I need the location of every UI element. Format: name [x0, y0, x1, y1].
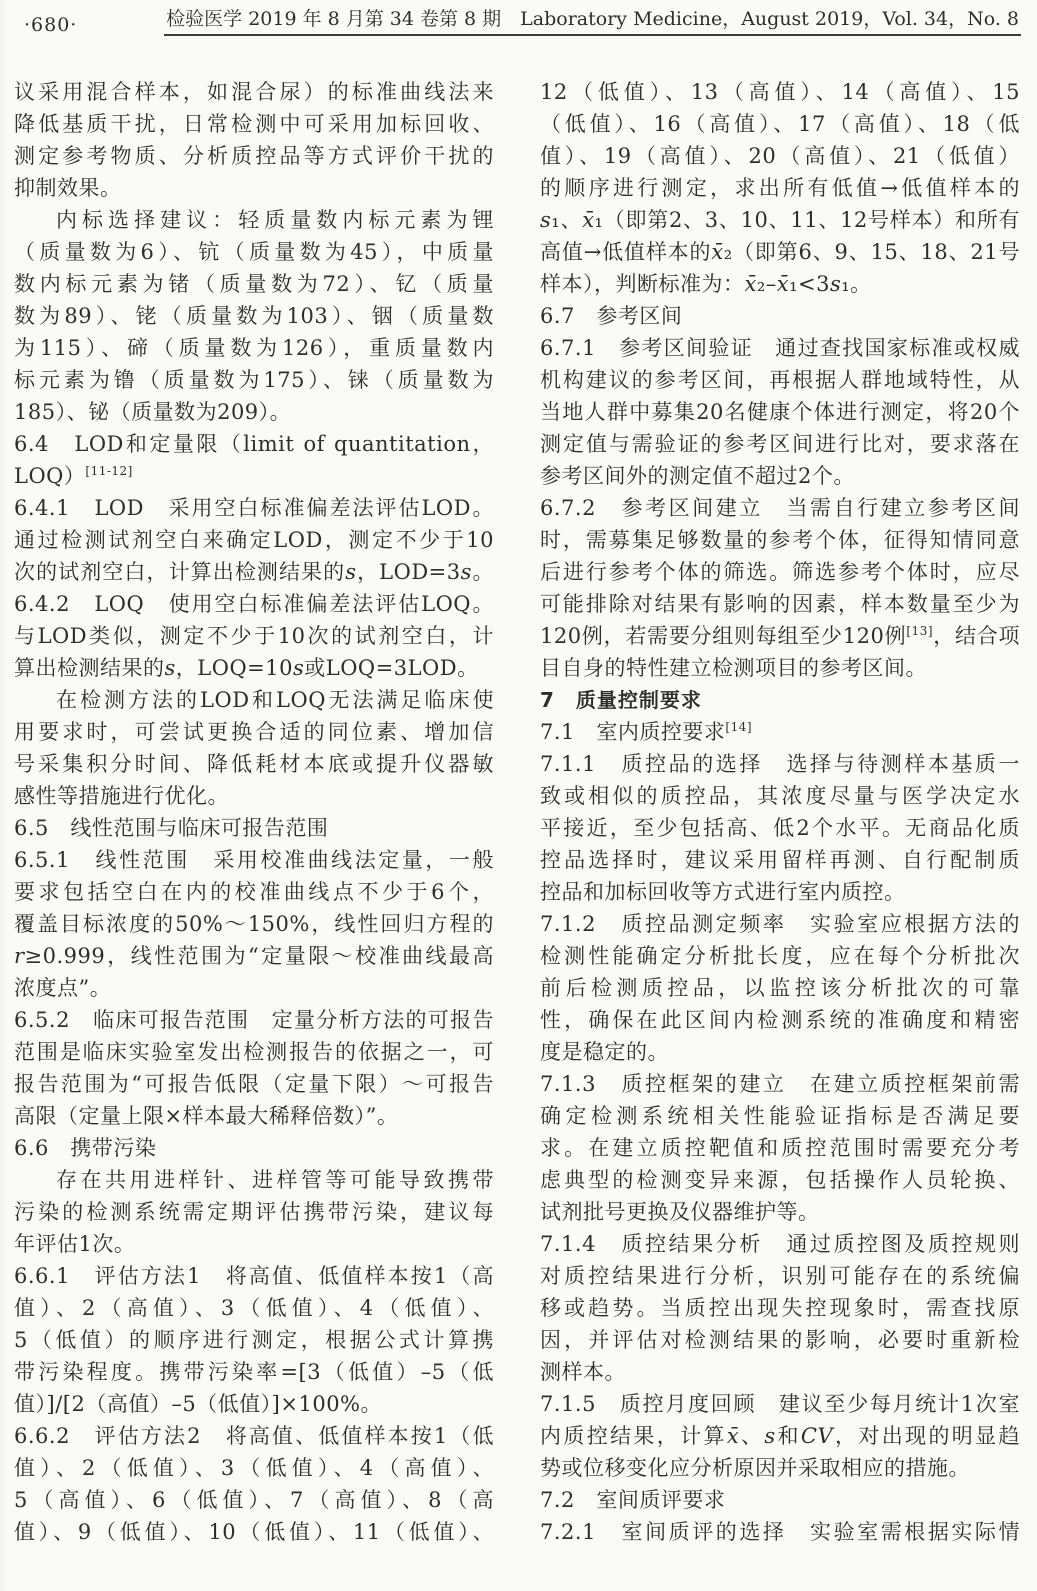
text-line: 覆盖目标浓度的50%～150%，线性回归方程的: [14, 908, 494, 940]
text-line: 当地人群中募集20名健康个体进行测定，将20个: [540, 396, 1020, 428]
text-line: 带污染程度。携带污染率=[3（低值）–5（低: [14, 1356, 494, 1388]
text-line: 平接近，至少包括高、低2个水平。无商品化质: [540, 812, 1020, 844]
text-line: 确定检测系统相关性能验证指标是否满足要: [540, 1100, 1020, 1132]
text-line: s₁、x̄₁（即第2、3、10、11、12号样本）和所有: [540, 204, 1020, 236]
text-line: 值）]/[2（高值）–5（低值）]×100%。: [14, 1388, 494, 1420]
right-column: 12（低值）、13（高值）、14（高值）、15（低值）、16（高值）、17（高值…: [540, 76, 1020, 1548]
left-column: 议采用混合样本，如混合尿）的标准曲线法来降低基质干扰，日常检测中可采用加标回收、…: [14, 76, 494, 1548]
text-line: 机构建议的参考区间，再根据人群地域特性，从: [540, 364, 1020, 396]
text-line: 值）、2（高值）、3（低值）、4（低值）、: [14, 1292, 494, 1324]
text-line: 感性等措施进行优化。: [14, 780, 494, 812]
text-line: 年评估1次。: [14, 1228, 494, 1260]
text-line: 范围是临床实验室发出检测报告的依据之一，可: [14, 1036, 494, 1068]
journal-page: ·680· 检验医学 2019 年 8 月第 34 卷第 8 期 Laborat…: [0, 0, 1037, 1591]
text-line: 6.5.2 临床可报告范围 定量分析方法的可报告: [14, 1004, 494, 1036]
text-line: 5（低值）的顺序进行测定，根据公式计算携: [14, 1324, 494, 1356]
text-line: 6.7.1 参考区间验证 通过查找国家标准或权威: [540, 332, 1020, 364]
text-line: 6.4 LOD和定量限（limit of quantitation，: [14, 428, 494, 460]
text-line: 7.1.3 质控框架的建立 在建立质控框架前需: [540, 1068, 1020, 1100]
text-line: 7.1.2 质控品测定频率 实验室应根据方法的: [540, 908, 1020, 940]
text-line: 时，需募集足够数量的参考个体，征得知情同意: [540, 524, 1020, 556]
text-line: 6.7 参考区间: [540, 300, 1020, 332]
text-line: 测定参考物质、分析质控品等方式评价干扰的: [14, 140, 494, 172]
text-line: 次的试剂空白，计算出检测结果的s，LOD=3s。: [14, 556, 494, 588]
page-number: ·680·: [24, 14, 77, 36]
text-line: 7.1 室内质控要求[14]: [540, 716, 1020, 748]
text-line: 致或相似的质控品，其浓度尽量与医学决定水: [540, 780, 1020, 812]
text-line: LOQ）[11-12]: [14, 460, 494, 492]
text-line: 值）、9（低值）、10（低值）、11（低值）、: [14, 1516, 494, 1548]
text-line: 目自身的特性建立检测项目的参考区间。: [540, 652, 1020, 684]
text-line: 号采集积分时间、降低耗材本底或提升仪器敏: [14, 748, 494, 780]
text-line: 6.5 线性范围与临床可报告范围: [14, 812, 494, 844]
text-line: 为115）、碲（质量数为126），重质量数内: [14, 332, 494, 364]
text-line: 抑制效果。: [14, 172, 494, 204]
text-line: 7.1.1 质控品的选择 选择与待测样本基质一: [540, 748, 1020, 780]
text-line: 数为89）、铑（质量数为103）、铟（质量数: [14, 300, 494, 332]
text-line: 度是稳定的。: [540, 1036, 1020, 1068]
text-line: 浓度点”。: [14, 972, 494, 1004]
text-line: 求。在建立质控靶值和质控范围时需要充分考: [540, 1132, 1020, 1164]
text-line: 控品选择时，建议采用留样再测、自行配制质: [540, 844, 1020, 876]
text-line: 测样本。: [540, 1356, 1020, 1388]
text-line: 虑典型的检测变异来源，包括操作人员轮换、: [540, 1164, 1020, 1196]
text-line: 6.4.2 LOQ 使用空白标准偏差法评估LOQ。: [14, 588, 494, 620]
page-header: ·680· 检验医学 2019 年 8 月第 34 卷第 8 期 Laborat…: [0, 0, 1037, 36]
text-line: 12（低值）、13（高值）、14（高值）、15: [540, 76, 1020, 108]
text-line: 测定值与需验证的参考区间进行比对，要求落在: [540, 428, 1020, 460]
text-line: 值）、2（低值）、3（低值）、4（高值）、: [14, 1452, 494, 1484]
text-line: 的顺序进行测定，求出所有低值→低值样本的: [540, 172, 1020, 204]
text-line: 120例，若需要分组则每组至少120例[13]，结合项: [540, 620, 1020, 652]
text-line: 6.7.2 参考区间建立 当需自行建立参考区间: [540, 492, 1020, 524]
text-line: 7.1.5 质控月度回顾 建议至少每月统计1次室: [540, 1388, 1020, 1420]
text-line: 7.2.1 室间质评的选择 实验室需根据实际情: [540, 1516, 1020, 1548]
text-line: 移或趋势。当质控出现失控现象时，需查找原: [540, 1292, 1020, 1324]
text-line: 值）、19（高值）、20（高值）、21（低值）: [540, 140, 1020, 172]
text-line: 性，确保在此区间内检测系统的准确度和精密: [540, 1004, 1020, 1036]
text-line: 6.6.1 评估方法1 将高值、低值样本按1（高: [14, 1260, 494, 1292]
text-line: 7.2 室间质评要求: [540, 1484, 1020, 1516]
text-line: 降低基质干扰，日常检测中可采用加标回收、: [14, 108, 494, 140]
text-line: 可能排除对结果有影响的因素，样本数量至少为: [540, 588, 1020, 620]
text-line: 数内标元素为锗（质量数为72）、钇（质量: [14, 268, 494, 300]
text-line: 检测性能确定分析批长度，应在每个分析批次: [540, 940, 1020, 972]
text-line: 6.6 携带污染: [14, 1132, 494, 1164]
text-line: 算出检测结果的s，LOQ=10s或LOQ=3LOD。: [14, 652, 494, 684]
text-line: 参考区间外的测定值不超过2个。: [540, 460, 1020, 492]
text-line: 高限（定量上限×样本最大稀释倍数）”。: [14, 1100, 494, 1132]
text-line: 控品和加标回收等方式进行室内质控。: [540, 876, 1020, 908]
text-line: 报告范围为“可报告低限（定量下限）～可报告: [14, 1068, 494, 1100]
text-line: 要求包括空白在内的校准曲线点不少于6个，: [14, 876, 494, 908]
text-line: 185）、铋（质量数为209）。: [14, 396, 494, 428]
text-line: 标元素为镥（质量数为175）、铼（质量数为: [14, 364, 494, 396]
text-line: 存在共用进样针、进样管等可能导致携带: [14, 1164, 494, 1196]
text-line: 样本），判断标准为：x̄₂–x̄₁<3s₁。: [540, 268, 1020, 300]
text-line: 与LOD类似，测定不少于10次的试剂空白，计: [14, 620, 494, 652]
text-line: 用要求时，可尝试更换合适的同位素、增加信: [14, 716, 494, 748]
text-line: r≥0.999，线性范围为“定量限～校准曲线最高: [14, 940, 494, 972]
text-line: 试剂批号更换及仪器维护等。: [540, 1196, 1020, 1228]
text-line: 后进行参考个体的筛选。筛选参考个体时，应尽: [540, 556, 1020, 588]
text-line: 通过检测试剂空白来确定LOD，测定不少于10: [14, 524, 494, 556]
text-line: 议采用混合样本，如混合尿）的标准曲线法来: [14, 76, 494, 108]
text-line: 5（高值）、6（低值）、7（高值）、8（高: [14, 1484, 494, 1516]
text-line: 对质控结果进行分析，识别可能存在的系统偏: [540, 1260, 1020, 1292]
journal-header-line: 检验医学 2019 年 8 月第 34 卷第 8 期 Laboratory Me…: [164, 4, 1021, 36]
text-line: 在检测方法的LOD和LOQ无法满足临床使: [14, 684, 494, 716]
text-columns: 议采用混合样本，如混合尿）的标准曲线法来降低基质干扰，日常检测中可采用加标回收、…: [14, 76, 1020, 1548]
text-line: 6.6.2 评估方法2 将高值、低值样本按1（低: [14, 1420, 494, 1452]
text-line: 前后检测质控品，以监控该分析批次的可靠: [540, 972, 1020, 1004]
text-line: 高值→低值样本的x̄₂（即第6、9、15、18、21号: [540, 236, 1020, 268]
text-line: 势或位移变化应分析原因并采取相应的措施。: [540, 1452, 1020, 1484]
text-line: 内质控结果，计算x̄、s和CV，对出现的明显趋: [540, 1420, 1020, 1452]
text-line: 7.1.4 质控结果分析 通过质控图及质控规则: [540, 1228, 1020, 1260]
text-line: 6.4.1 LOD 采用空白标准偏差法评估LOD。: [14, 492, 494, 524]
text-line: 7 质量控制要求: [540, 684, 1020, 716]
text-line: （低值）、16（高值）、17（高值）、18（低: [540, 108, 1020, 140]
text-line: 污染的检测系统需定期评估携带污染，建议每: [14, 1196, 494, 1228]
text-line: 因，并评估对检测结果的影响，必要时重新检: [540, 1324, 1020, 1356]
text-line: 内标选择建议：轻质量数内标元素为锂: [14, 204, 494, 236]
text-line: （质量数为6）、钪（质量数为45），中质量: [14, 236, 494, 268]
text-line: 6.5.1 线性范围 采用校准曲线法定量，一般: [14, 844, 494, 876]
